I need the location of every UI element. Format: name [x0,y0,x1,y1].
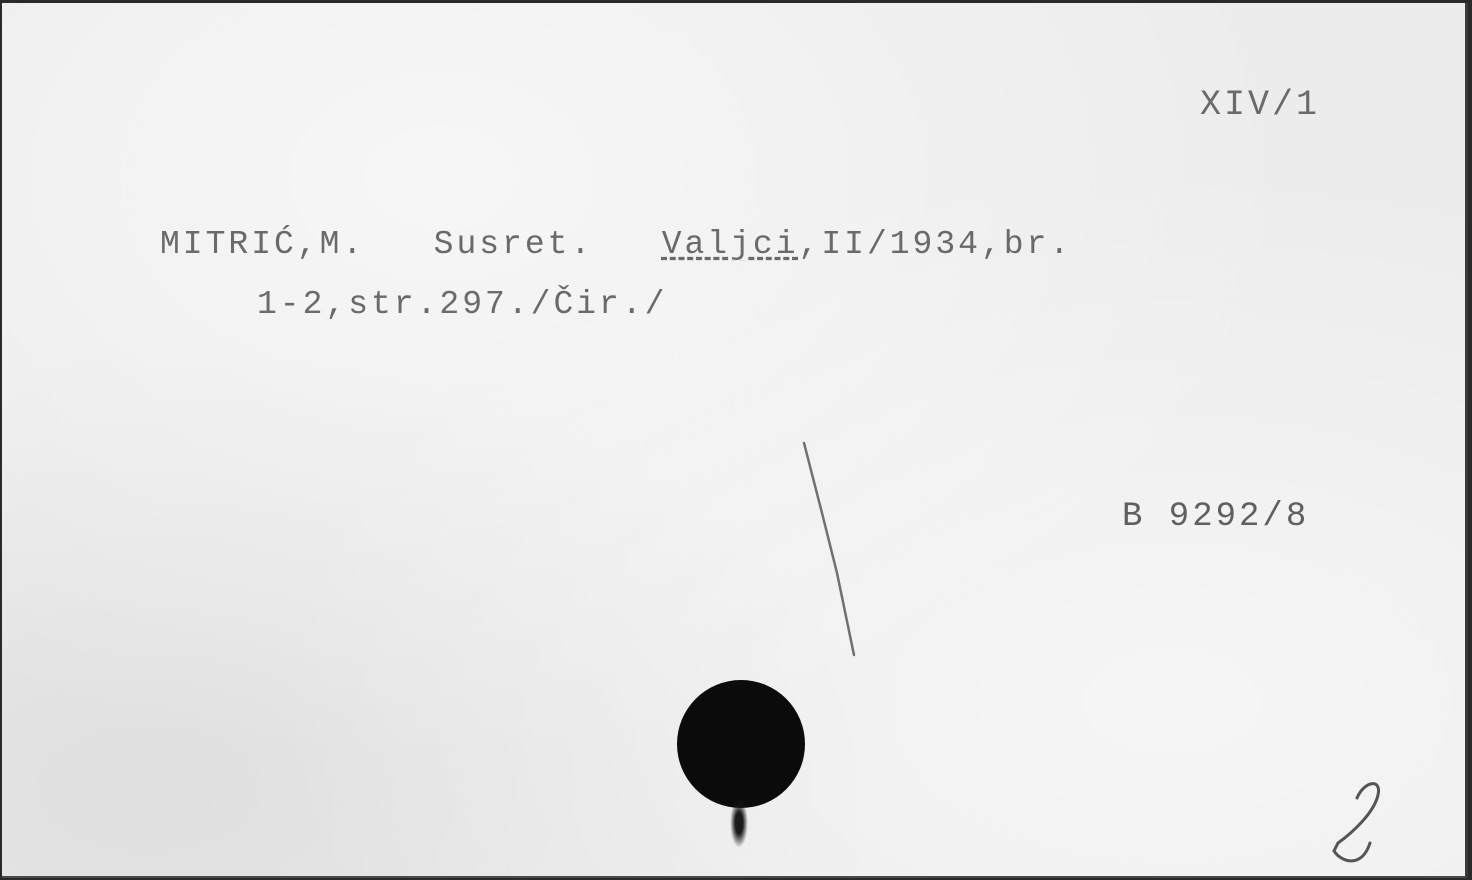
classification-mark: XIV/1 [1200,88,1320,123]
handwritten-mark [1302,773,1392,873]
journal-name: Valjci [662,226,799,263]
call-number: B 9292/8 [1122,500,1309,534]
punch-hole-tear [730,798,748,848]
script-note: /Čir./ [531,286,668,323]
entry-line-1: MITRIĆ,M. Susret. Valjci,II/1934,br. [160,228,1072,261]
catalog-card: XIV/1 MITRIĆ,M. Susret. Valjci,II/1934,b… [2,3,1468,878]
author: MITRIĆ,M. [160,226,365,263]
issue-info: ,II/1934,br. [799,226,1073,263]
entry-line-2: 1-2,str.297./Čir./ [257,288,667,321]
punch-hole [677,680,805,808]
pencil-stroke [782,423,872,663]
pages: 1-2,str.297. [257,286,531,323]
title: Susret. [434,226,594,263]
